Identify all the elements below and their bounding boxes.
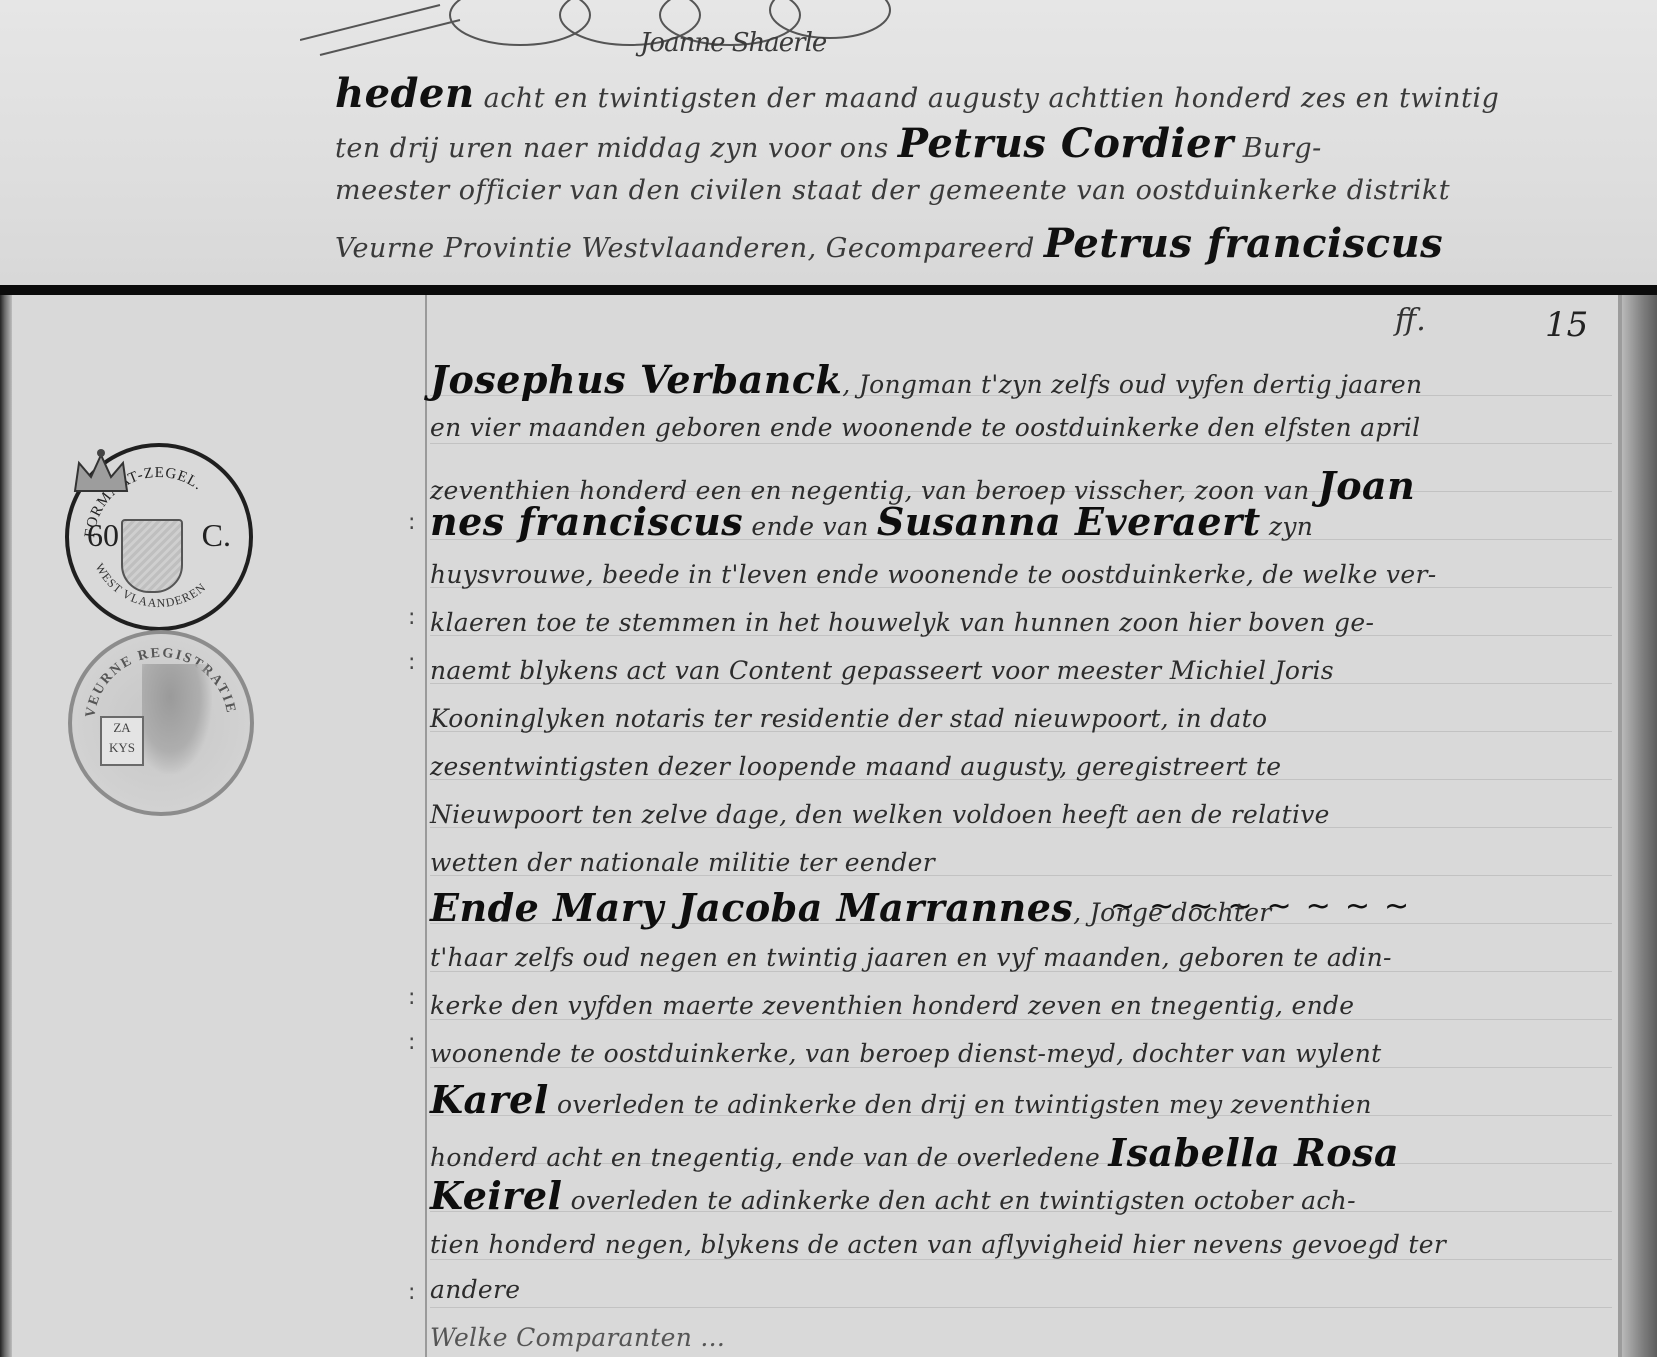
- officer-name: Petrus Cordier: [898, 120, 1234, 167]
- crown-icon: [69, 447, 133, 497]
- record-line: tien honderd negen, blykens de acten van…: [430, 1230, 1446, 1259]
- register-page: ff. 15 FORMAAT-ZEGEL. WEST VLAANDEREN 60…: [0, 295, 1657, 1357]
- record-line: Nieuwpoort ten zelve dage, den welken vo…: [430, 800, 1330, 829]
- ruled-line: [430, 443, 1612, 444]
- record-line: andere: [430, 1275, 520, 1304]
- page-edge: [0, 295, 12, 1357]
- record-line: nes franciscus ende van Susanna Everaert…: [430, 499, 1313, 544]
- groom-name: Josephus Verbanck: [430, 357, 842, 402]
- stamp-unit: C.: [202, 517, 231, 554]
- record-line: meester officier van den civilen staat d…: [335, 175, 1450, 206]
- format-seal-stamp: FORMAAT-ZEGEL. WEST VLAANDEREN 60 C.: [65, 443, 253, 631]
- coat-of-arms-icon: [121, 519, 183, 593]
- stamp-value: 60: [87, 517, 119, 554]
- registration-seal-stamp: VEURNE REGISTRATIE ZA KYS: [68, 630, 254, 816]
- record-line: kerke den vyfden maerte zeventhien honde…: [430, 991, 1354, 1020]
- margin-mark: :: [408, 510, 415, 535]
- record-line: klaeren toe te stemmen in het houwelyk v…: [430, 608, 1374, 637]
- margin-rule: [425, 295, 427, 1357]
- record-line: Keirel overleden te adinkerke den acht e…: [430, 1173, 1356, 1218]
- record-line: Welke Comparanten ...: [430, 1323, 725, 1352]
- record-line: honderd acht en tnegentig, ende van de o…: [430, 1130, 1399, 1175]
- record-line: huysvrouwe, beede in t'leven ende woonen…: [430, 560, 1436, 589]
- record-line: woonende te oostduinkerke, van beroep di…: [430, 1039, 1381, 1068]
- margin-mark: :: [408, 650, 415, 675]
- comparant-name: Petrus franciscus: [1044, 220, 1443, 267]
- signature: Joanne Shaerle: [640, 28, 826, 58]
- binding-shadow: [1622, 295, 1657, 1357]
- record-line: Kooninglyken notaris ter residentie der …: [430, 704, 1267, 733]
- mother-name: Susanna Everaert: [877, 499, 1261, 544]
- record-line: Josephus Verbanck, Jongman t'zyn zelfs o…: [430, 357, 1422, 402]
- ruled-line: [430, 1259, 1612, 1260]
- record-line: ten drij uren naer middag zyn voor ons P…: [335, 120, 1322, 167]
- folio-number: 15: [1545, 305, 1588, 345]
- record-line: Veurne Provintie Westvlaanderen, Gecompa…: [335, 220, 1443, 267]
- record-line: Karel overleden te adinkerke den drij en…: [430, 1077, 1372, 1122]
- record-line: naemt blykens act van Content gepasseert…: [430, 656, 1334, 685]
- father-name: Joan: [1318, 463, 1416, 508]
- margin-mark: :: [408, 605, 415, 630]
- seated-figure-icon: [142, 664, 212, 774]
- bride-mother-surname: Keirel: [430, 1173, 562, 1218]
- page-divider: [0, 285, 1657, 295]
- bride-mother-name: Isabella Rosa: [1108, 1130, 1399, 1175]
- lead-word: heden: [335, 70, 475, 117]
- record-line: heden acht en twintigsten der maand augu…: [335, 70, 1499, 117]
- tablet: ZA KYS: [100, 716, 144, 766]
- ruled-line: [430, 1307, 1612, 1308]
- folio-mark: ff.: [1395, 303, 1426, 338]
- record-line: t'haar zelfs oud negen en twintig jaaren…: [430, 943, 1392, 972]
- bride-name: Mary Jacoba Marrannes: [553, 885, 1073, 930]
- record-line: Ende Mary Jacoba Marrannes, Jonge dochte…: [430, 885, 1272, 930]
- record-line: zesentwintigsten dezer loopende maand au…: [430, 752, 1281, 781]
- record-line: en vier maanden geboren ende woonende te…: [430, 413, 1420, 442]
- margin-mark: :: [408, 1280, 415, 1305]
- father-name-cont: nes franciscus: [430, 499, 743, 544]
- margin-mark: :: [408, 985, 415, 1010]
- record-line: wetten der nationale militie ter eender: [430, 848, 935, 877]
- previous-record-strip: Joanne Shaerle heden acht en twintigsten…: [0, 0, 1657, 285]
- bride-father-name: Karel: [430, 1077, 549, 1122]
- margin-mark: :: [408, 1030, 415, 1055]
